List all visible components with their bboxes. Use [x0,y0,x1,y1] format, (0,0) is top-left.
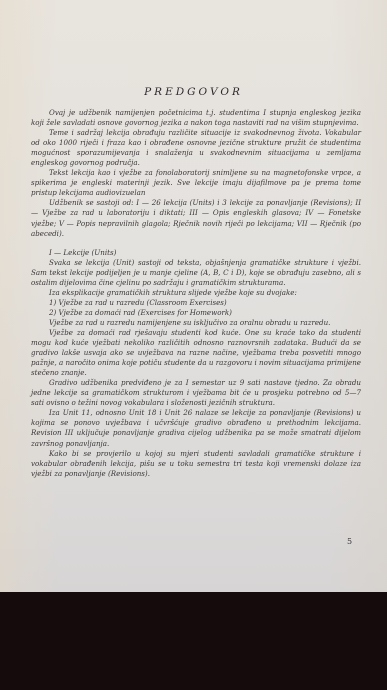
paragraph-intro: Ovaj je udžbenik namijenjen početnicima … [31,108,361,128]
paragraph-homework: Vježbe za domaći rad rješavaju studenti … [31,328,361,378]
list-item-classroom: 1) Vježbe za rad u razredu (Classroom Ex… [31,298,361,308]
paragraph-contents: Udžbenik se sastoji od: I — 26 lekcija (… [31,198,361,238]
section-heading-units: I — Lekcije (Units) [31,248,361,258]
preface-body: Ovaj je udžbenik namijenjen početnicima … [31,108,361,479]
paragraph-revisions: Iza Unit 11, odnosno Unit 18 i Unit 26 n… [31,408,361,448]
paragraph-classroom: Vježbe za rad u razredu namijenjene su i… [31,318,361,328]
dark-surface [0,592,387,690]
book-page: PREDGOVOR Ovaj je udžbenik namijenjen po… [0,0,387,600]
page-title: PREDGOVOR [0,86,387,98]
paragraph-tests: Kako bi se provjerilo u kojoj su mjeri s… [31,449,361,479]
paragraph-schedule: Gradivo udžbenika predviđeno je za I sem… [31,378,361,408]
paragraph-exercises-intro: Iza eksplikacije gramatičkih struktura s… [31,288,361,298]
paragraph-unit-structure: Svaka se lekcija (Unit) sastoji od tekst… [31,258,361,288]
page-number: 5 [347,537,352,546]
list-item-homework: 2) Vježbe za domaći rad (Exercises for H… [31,308,361,318]
paragraph-topics: Teme i sadržaj lekcija obrađuju različit… [31,128,361,168]
paragraph-recordings: Tekst lekcija kao i vježbe za fonolabora… [31,168,361,198]
